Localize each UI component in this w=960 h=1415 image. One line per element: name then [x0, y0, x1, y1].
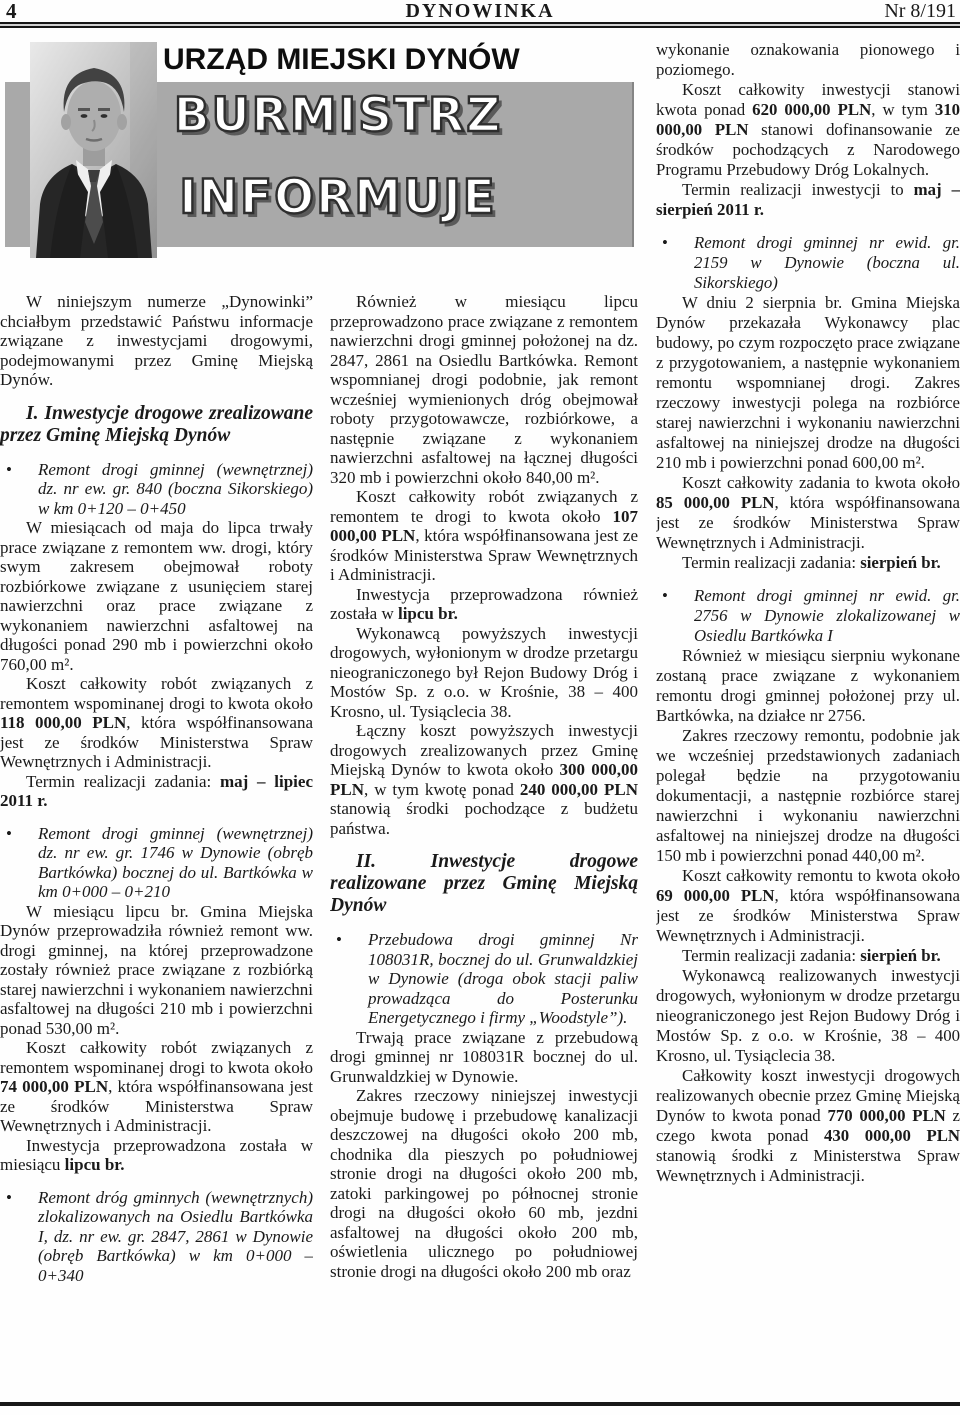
bold-text-run: 85 000,00 PLN: [656, 493, 774, 512]
text-run: Trwają prace związane z przebudową drogi…: [330, 1028, 638, 1086]
paragraph: Zakres rzeczowy niniejszej inwestycji ob…: [330, 1086, 638, 1281]
bullet-icon: •: [662, 233, 668, 253]
text-run: Termin realizacji zadania:: [26, 772, 220, 791]
paragraph: Inwestycja przeprowadzona również został…: [330, 585, 638, 624]
bold-text-run: lipcu br.: [398, 604, 458, 623]
text-run: Remont dróg gminnych (wewnętrznych) zlok…: [38, 1188, 313, 1285]
bold-text-run: 620 000,00 PLN: [752, 100, 871, 119]
office-title: URZĄD MIEJSKI DYNÓW: [163, 43, 513, 77]
footer-rule: [0, 1402, 960, 1406]
issue-number: Nr 8/191: [884, 0, 956, 23]
bold-text-run: 770 000,00 PLN: [827, 1106, 945, 1125]
paragraph: Koszt całkowity inwestycji stanowi kwota…: [656, 80, 960, 180]
text-run: Termin realizacji inwestycji to: [682, 180, 914, 199]
bold-text-run: 118 000,00 PLN: [0, 713, 126, 732]
text-run: stanowią środki z Ministerstwa Spraw Wew…: [656, 1146, 960, 1185]
paragraph: Również w miesiącu sierpniu wykonane zos…: [656, 646, 960, 726]
text-run: Również w miesiącu lipcu przeprowadzono …: [330, 292, 638, 487]
paragraph-gap: [330, 838, 638, 851]
section-heading: I. Inwestycje drogowe zrealizowane przez…: [0, 403, 313, 447]
text-run: Koszt całkowity zadania to kwota około: [682, 473, 960, 492]
text-run: Koszt całkowity robót związanych z remon…: [0, 1038, 313, 1077]
paragraph: Koszt całkowity zadania to kwota około 8…: [656, 473, 960, 553]
bullet-icon: •: [6, 824, 12, 844]
bullet-icon: •: [336, 930, 342, 950]
text-run: Termin realizacji zadania:: [682, 946, 860, 965]
text-run: Remont drogi gminnej nr ewid. gr. 2756 w…: [694, 586, 960, 645]
paragraph: Termin realizacji inwestycji to maj – si…: [656, 180, 960, 220]
column-right: wykonanie oznakowania pionowego i poziom…: [656, 40, 960, 1398]
text-run: , w tym: [871, 100, 935, 119]
paragraph: Całkowity koszt inwestycji drogowych rea…: [656, 1066, 960, 1186]
journal-title: DYNOWINKA: [0, 0, 960, 23]
bullet-icon: •: [6, 460, 12, 480]
bullet-item: •Remont drogi gminnej (wewnętrznej) dz. …: [0, 824, 313, 902]
paragraph-gap: [656, 220, 960, 233]
paragraph-gap: [330, 917, 638, 930]
bullet-item: •Remont drogi gminnej nr ewid. gr. 2159 …: [656, 233, 960, 293]
paragraph: Koszt całkowity remontu to kwota około 6…: [656, 866, 960, 946]
column-middle: Również w miesiącu lipcu przeprowadzono …: [330, 292, 638, 1398]
text-run: W miesiącu lipcu br. Gmina Miejska Dynów…: [0, 902, 313, 1038]
banner-line-1: BURMISTRZ: [160, 88, 516, 143]
paragraph: Koszt całkowity robót związanych z remon…: [0, 1038, 313, 1136]
column-left: W niniejszym numerze „Dynowinki” chciałb…: [0, 292, 313, 1398]
bold-text-run: sierpień br.: [860, 553, 941, 572]
paragraph-gap: [0, 447, 313, 460]
paragraph: W niniejszym numerze „Dynowinki” chciałb…: [0, 292, 313, 390]
text-run: Inwestycja przeprowadzona również został…: [330, 585, 638, 624]
paragraph: Termin realizacji zadania: sierpień br.: [656, 946, 960, 966]
text-run: Zakres rzeczowy niniejszej inwestycji ob…: [330, 1086, 638, 1281]
paragraph: Łączny koszt powyższych inwestycji drogo…: [330, 721, 638, 838]
text-run: Zakres rzeczowy remontu, podobnie jak we…: [656, 726, 960, 865]
paragraph-gap: [0, 811, 313, 824]
text-run: Termin realizacji zadania:: [682, 553, 860, 572]
paragraph-gap: [0, 1175, 313, 1188]
bold-text-run: lipcu br.: [65, 1155, 125, 1174]
text-run: Remont drogi gminnej (wewnętrznej) dz. n…: [38, 824, 313, 902]
text-run: Wykonawcą realizowanych inwestycji drogo…: [656, 966, 960, 1065]
bold-text-run: 240 000,00 PLN: [520, 780, 638, 799]
text-run: II. Inwestycje drogowe realizowane przez…: [330, 851, 638, 916]
paragraph: wykonanie oznakowania pionowego i poziom…: [656, 40, 960, 80]
text-run: Przebudowa drogi gminnej Nr 108031R, boc…: [368, 930, 638, 1027]
paragraph: Termin realizacji zadania: maj – lipiec …: [0, 772, 313, 811]
text-run: Również w miesiącu sierpniu wykonane zos…: [656, 646, 960, 725]
text-run: stanowią środki pochodzące z budżetu pań…: [330, 799, 638, 838]
bullet-icon: •: [6, 1188, 12, 1208]
mayor-portrait-illustration: [30, 42, 157, 258]
bullet-item: •Przebudowa drogi gminnej Nr 108031R, bo…: [330, 930, 638, 1028]
header-rule: [0, 22, 960, 28]
bullet-item: •Remont drogi gminnej (wewnętrznej) dz. …: [0, 460, 313, 519]
paragraph: W miesiącu lipcu br. Gmina Miejska Dynów…: [0, 902, 313, 1039]
newsletter-page: 4 DYNOWINKA Nr 8/191: [0, 0, 960, 1415]
paragraph: Wykonawcą realizowanych inwestycji drogo…: [656, 966, 960, 1066]
paragraph-gap: [0, 390, 313, 403]
text-run: wykonanie oznakowania pionowego i poziom…: [656, 40, 960, 79]
paragraph: W dniu 2 sierpnia br. Gmina Miejska Dynó…: [656, 293, 960, 473]
paragraph: W miesiącach od maja do lipca trwały pra…: [0, 518, 313, 674]
paragraph-gap: [656, 573, 960, 586]
bullet-icon: •: [662, 586, 668, 606]
bullet-item: •Remont drogi gminnej nr ewid. gr. 2756 …: [656, 586, 960, 646]
paragraph: Również w miesiącu lipcu przeprowadzono …: [330, 292, 638, 487]
section-heading: II. Inwestycje drogowe realizowane przez…: [330, 851, 638, 917]
text-run: Wykonawcą powyższych inwestycji drogowyc…: [330, 624, 638, 721]
text-run: W dniu 2 sierpnia br. Gmina Miejska Dynó…: [656, 293, 960, 472]
text-run: Koszt całkowity remontu to kwota około: [682, 866, 960, 885]
text-run: Koszt całkowity robót związanych z remon…: [0, 674, 313, 713]
text-run: Koszt całkowity robót związanych z remon…: [330, 487, 638, 526]
paragraph: Termin realizacji zadania: sierpień br.: [656, 553, 960, 573]
text-run: W miesiącach od maja do lipca trwały pra…: [0, 518, 313, 674]
paragraph: Zakres rzeczowy remontu, podobnie jak we…: [656, 726, 960, 866]
text-run: I. Inwestycje drogowe zrealizowane przez…: [0, 403, 313, 446]
paragraph: Koszt całkowity robót związanych z remon…: [330, 487, 638, 585]
text-run: Inwestycja przeprowadzona została w mies…: [0, 1136, 313, 1175]
text-run: Remont drogi gminnej (wewnętrznej) dz. n…: [38, 460, 313, 518]
text-run: W niniejszym numerze „Dynowinki” chciałb…: [0, 292, 313, 389]
paragraph: Wykonawcą powyższych inwestycji drogowyc…: [330, 624, 638, 722]
bold-text-run: sierpień br.: [860, 946, 941, 965]
text-run: Remont drogi gminnej nr ewid. gr. 2159 w…: [694, 233, 960, 292]
mayor-photo: [30, 42, 157, 258]
bullet-item: •Remont dróg gminnych (wewnętrznych) zlo…: [0, 1188, 313, 1286]
paragraph: Trwają prace związane z przebudową drogi…: [330, 1028, 638, 1087]
bold-text-run: 74 000,00 PLN: [0, 1077, 108, 1096]
text-run: , w tym kwotę ponad: [364, 780, 520, 799]
banner-line-2: INFORMUJE: [160, 170, 516, 225]
page-header: 4 DYNOWINKA Nr 8/191: [0, 2, 960, 30]
bold-text-run: 430 000,00 PLN: [824, 1126, 960, 1145]
bold-text-run: 69 000,00 PLN: [656, 886, 774, 905]
paragraph: Inwestycja przeprowadzona została w mies…: [0, 1136, 313, 1175]
paragraph: Koszt całkowity robót związanych z remon…: [0, 674, 313, 772]
